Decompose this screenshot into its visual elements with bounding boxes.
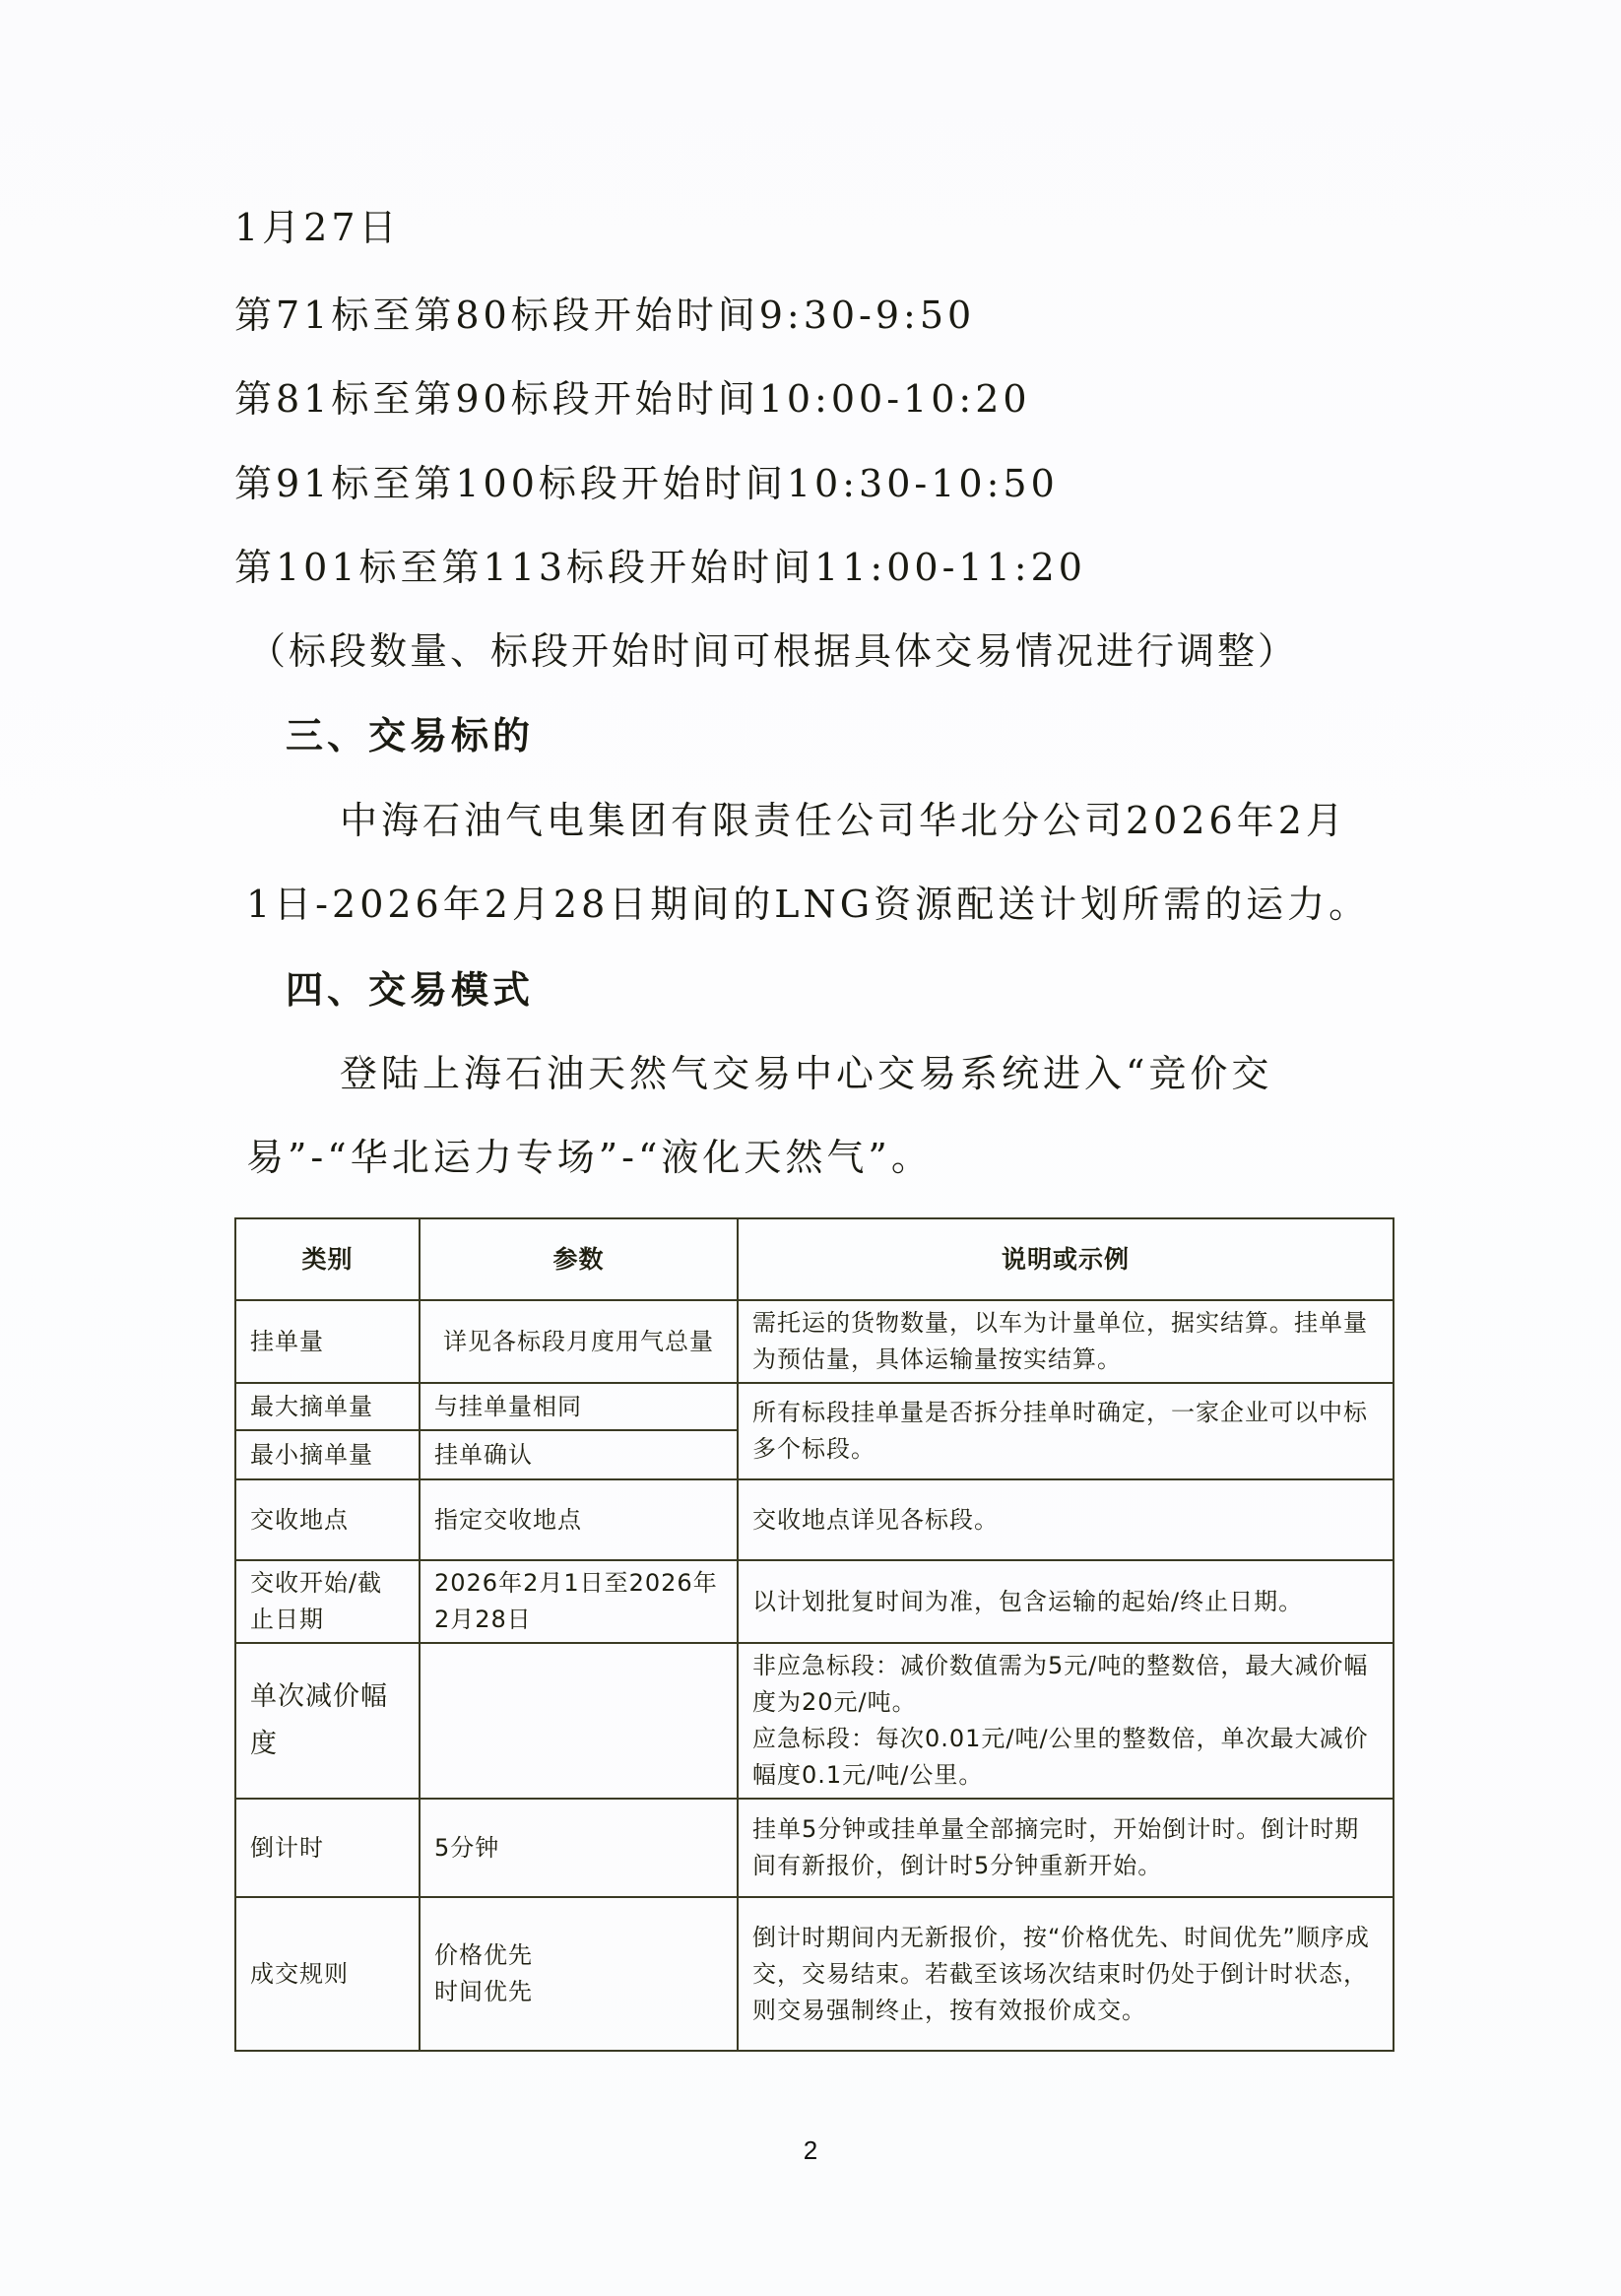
category-cell: 单次减价幅度 bbox=[235, 1643, 420, 1799]
param-cell: 2026年2月1日至2026年2月28日 bbox=[420, 1560, 738, 1643]
section-body: 1日-2026年2月28日期间的LNG资源配送计划所需的运力。 bbox=[246, 880, 1370, 929]
category-cell: 成交规则 bbox=[235, 1897, 420, 2051]
desc-cell: 需托运的货物数量，以车为计量单位，据实结算。挂单量为预估量，具体运输量按实结算。 bbox=[738, 1300, 1394, 1383]
column-header: 参数 bbox=[420, 1218, 738, 1300]
document-page: 1月27日 第71标至第80标段开始时间9:30-9:50 第81标至第90标段… bbox=[0, 0, 1621, 2296]
table-row: 单次减价幅度 非应急标段：减价数值需为5元/吨的整数倍，最大减价幅度为20元/吨… bbox=[235, 1643, 1394, 1799]
category-cell: 交收地点 bbox=[235, 1479, 420, 1560]
param-cell: 价格优先 时间优先 bbox=[420, 1897, 738, 2051]
param-cell: 详见各标段月度用气总量 bbox=[420, 1300, 738, 1383]
desc-cell: 非应急标段：减价数值需为5元/吨的整数倍，最大减价幅度为20元/吨。 应急标段：… bbox=[738, 1643, 1394, 1799]
schedule-session: 第91标至第100标段开始时间10:30-10:50 bbox=[234, 459, 1059, 508]
desc-line: 非应急标段：减价数值需为5元/吨的整数倍，最大减价幅度为20元/吨。 bbox=[752, 1648, 1379, 1721]
param-cell bbox=[420, 1643, 738, 1799]
section-body: 登陆上海石油天然气交易中心交易系统进入“竞价交 bbox=[340, 1049, 1272, 1098]
desc-cell: 交收地点详见各标段。 bbox=[738, 1479, 1394, 1560]
table-row: 倒计时 5分钟 挂单5分钟或挂单量全部摘完时，开始倒计时。倒计时期间有新报价，倒… bbox=[235, 1799, 1394, 1897]
desc-cell: 挂单5分钟或挂单量全部摘完时，开始倒计时。倒计时期间有新报价，倒计时5分钟重新开… bbox=[738, 1799, 1394, 1897]
schedule-session: 第81标至第90标段开始时间10:00-10:20 bbox=[234, 374, 1031, 424]
table-row: 成交规则 价格优先 时间优先 倒计时期间内无新报价，按“价格优先、时间优先”顺序… bbox=[235, 1897, 1394, 2051]
category-cell: 交收开始/截止日期 bbox=[235, 1560, 420, 1643]
section-heading-trade-mode: 四、交易模式 bbox=[286, 965, 534, 1015]
param-cell: 5分钟 bbox=[420, 1799, 738, 1897]
page-number: 2 bbox=[0, 2135, 1621, 2166]
desc-line: 应急标段：每次0.01元/吨/公里的整数倍，单次最大减价幅度0.1元/吨/公里。 bbox=[752, 1721, 1379, 1794]
trade-parameters-table: 类别 参数 说明或示例 挂单量 详见各标段月度用气总量 需托运的货物数量，以车为… bbox=[234, 1217, 1394, 2052]
schedule-date: 1月27日 bbox=[234, 203, 401, 252]
param-line: 价格优先 bbox=[434, 1937, 723, 1974]
section-heading-trade-target: 三、交易标的 bbox=[286, 711, 534, 760]
table-row: 最大摘单量 与挂单量相同 所有标段挂单量是否拆分挂单时确定，一家企业可以中标多个… bbox=[235, 1383, 1394, 1430]
schedule-session: 第101标至第113标段开始时间11:00-11:20 bbox=[234, 543, 1086, 592]
section-body: 易”-“华北运力专场”-“液化天然气”。 bbox=[246, 1133, 933, 1182]
table-header-row: 类别 参数 说明或示例 bbox=[235, 1218, 1394, 1300]
table-row: 交收地点 指定交收地点 交收地点详见各标段。 bbox=[235, 1479, 1394, 1560]
param-cell: 指定交收地点 bbox=[420, 1479, 738, 1560]
category-cell: 倒计时 bbox=[235, 1799, 420, 1897]
param-line: 时间优先 bbox=[434, 1974, 723, 2010]
desc-cell: 倒计时期间内无新报价，按“价格优先、时间优先”顺序成交，交易结束。若截至该场次结… bbox=[738, 1897, 1394, 2051]
column-header: 说明或示例 bbox=[738, 1218, 1394, 1300]
param-cell: 与挂单量相同 bbox=[420, 1383, 738, 1430]
desc-cell: 以计划批复时间为准，包含运输的起始/终止日期。 bbox=[738, 1560, 1394, 1643]
category-cell: 最小摘单量 bbox=[235, 1430, 420, 1479]
desc-cell: 所有标段挂单量是否拆分挂单时确定，一家企业可以中标多个标段。 bbox=[738, 1383, 1394, 1479]
param-cell: 挂单确认 bbox=[420, 1430, 738, 1479]
category-cell: 最大摘单量 bbox=[235, 1383, 420, 1430]
category-cell: 挂单量 bbox=[235, 1300, 420, 1383]
section-body: 中海石油气电集团有限责任公司华北分公司2026年2月 bbox=[340, 796, 1347, 845]
column-header: 类别 bbox=[235, 1218, 420, 1300]
table-row: 挂单量 详见各标段月度用气总量 需托运的货物数量，以车为计量单位，据实结算。挂单… bbox=[235, 1300, 1394, 1383]
table-row: 交收开始/截止日期 2026年2月1日至2026年2月28日 以计划批复时间为准… bbox=[235, 1560, 1394, 1643]
schedule-note: （标段数量、标段开始时间可根据具体交易情况进行调整） bbox=[248, 626, 1298, 676]
schedule-session: 第71标至第80标段开始时间9:30-9:50 bbox=[234, 291, 975, 340]
